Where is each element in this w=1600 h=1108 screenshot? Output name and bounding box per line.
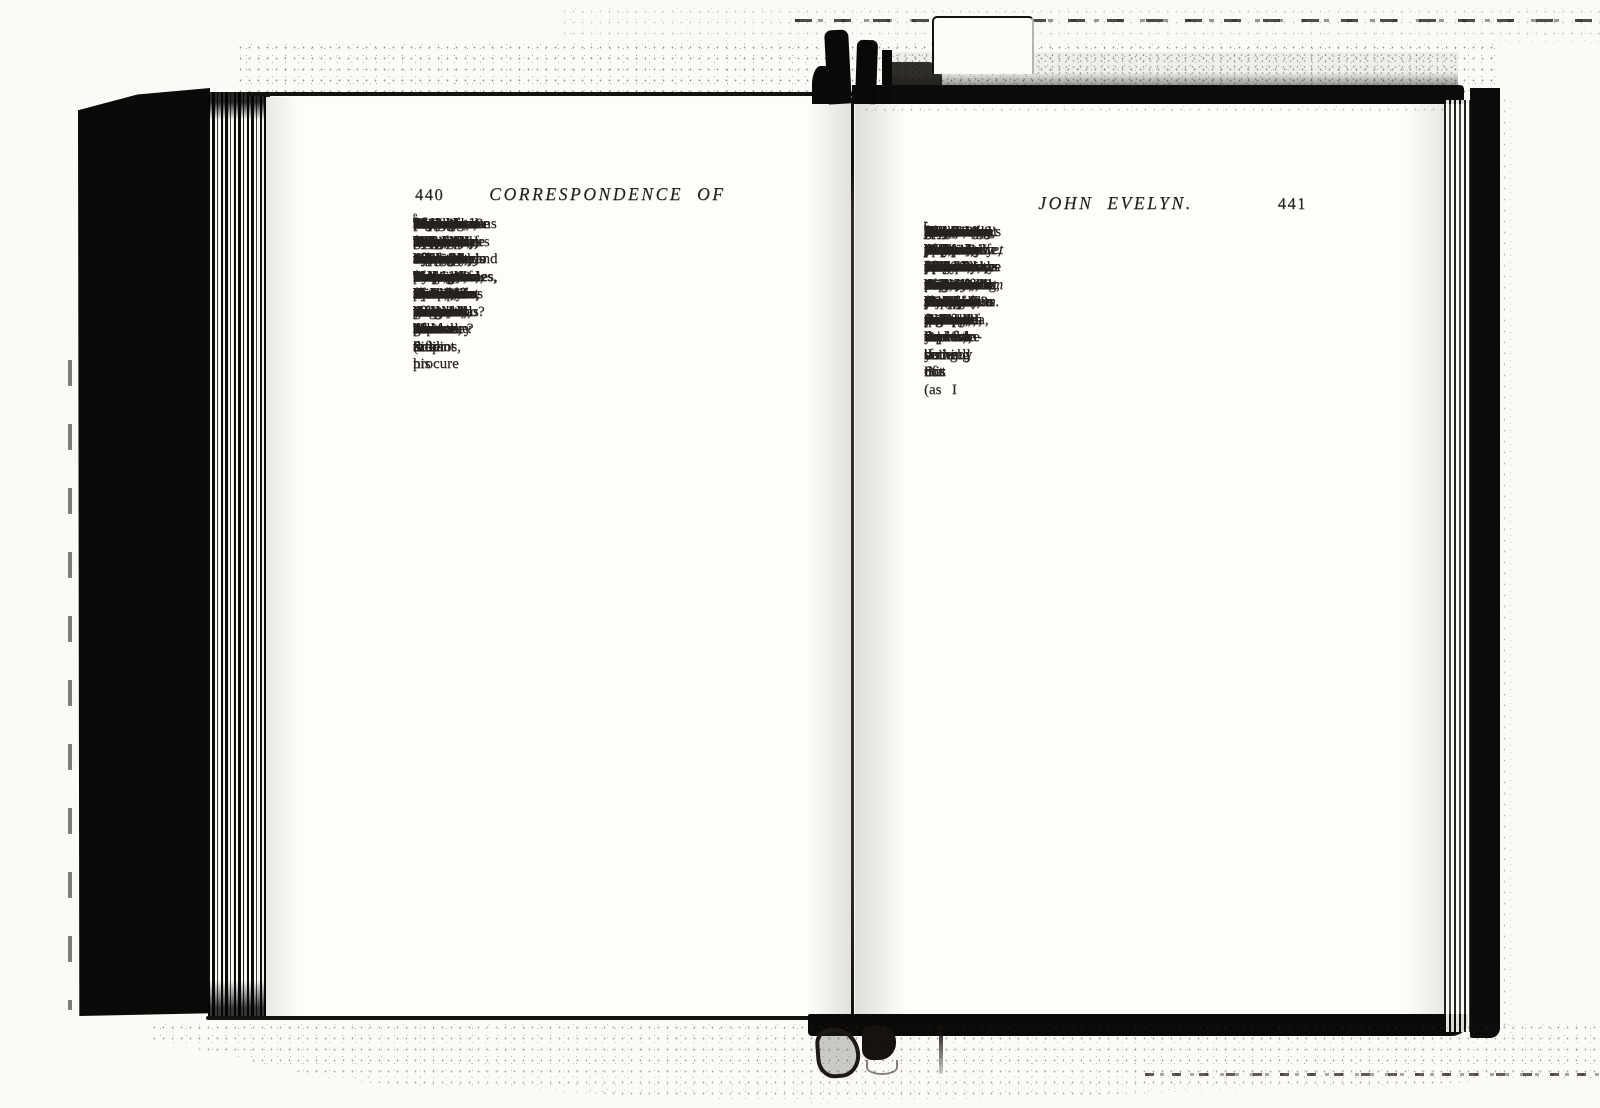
page-bottom-edge-left — [206, 1016, 826, 1020]
page-top-edge-right — [852, 85, 1464, 104]
book-page-stack-left — [78, 88, 210, 1016]
page-shading-left-outer — [266, 97, 300, 1017]
scanned-book-spread: 440 CORRESPONDENCE OF medalions : beside… — [0, 0, 1600, 1108]
right-running-head: JOHN EVELYN. — [924, 193, 1307, 214]
scan-speckle-bottom — [150, 1022, 1600, 1104]
page-shading-gutter-right — [855, 97, 907, 1015]
left-page-header: 440 CORRESPONDENCE OF — [413, 184, 802, 206]
book-edge-fringe-right — [1500, 95, 1513, 1035]
right-page-text: For we have in medals the beautiful Cleo… — [924, 224, 1307, 876]
book-cover-edge-right — [1470, 88, 1500, 1038]
page-top-edge-left — [248, 92, 860, 96]
scan-speckle-under-band — [862, 104, 1458, 113]
scan-stray-line-top — [795, 19, 1600, 22]
scan-stray-line-bottom — [1145, 1073, 1600, 1076]
left-running-head: CORRESPONDENCE OF — [413, 184, 802, 205]
left-page-text: medalions : besides what they farther co… — [413, 216, 802, 868]
scan-speckle-top-light — [560, 6, 1600, 44]
scan-white-patch — [932, 16, 1034, 74]
book-page-edges-left — [208, 92, 270, 1017]
book-edge-fringe-left — [68, 360, 72, 1010]
right-page-number: 441 — [1278, 194, 1307, 214]
binding-tab — [882, 50, 892, 104]
book-gutter — [851, 98, 854, 1018]
page-shading-right-outer — [1404, 104, 1444, 1016]
page-shading-gutter-left — [806, 97, 852, 1017]
binding-tab — [855, 40, 878, 105]
right-page-header: JOHN EVELYN. 441 — [924, 193, 1307, 215]
binding-tab — [824, 29, 852, 104]
